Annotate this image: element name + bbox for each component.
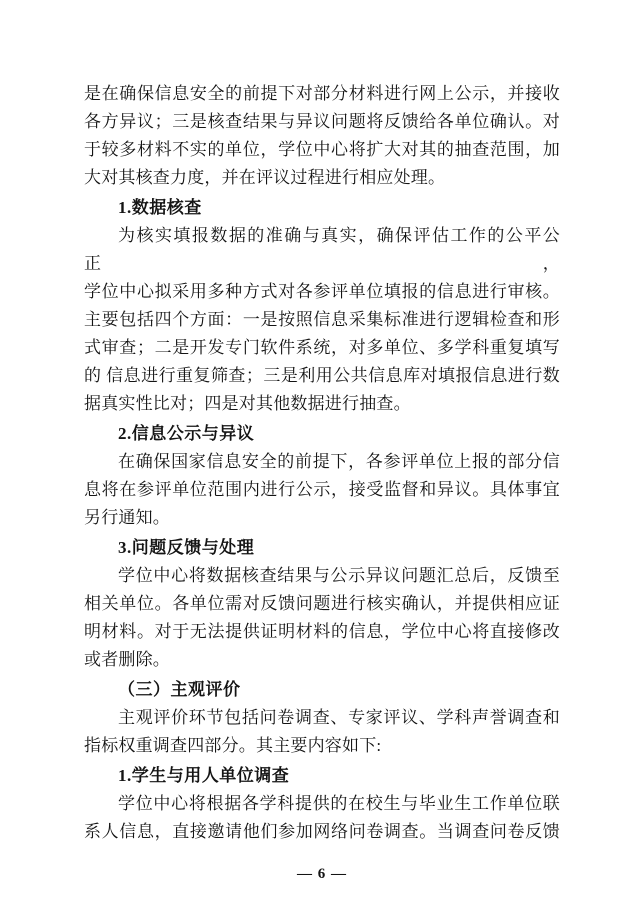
text-line: 主观评价环节包括问卷调查、专家评议、学科声誉调查和 <box>84 704 560 732</box>
section-heading: （三）主观评价 <box>84 676 560 704</box>
section-heading: 1.学生与用人单位调查 <box>84 762 560 790</box>
text-line: 学位中心将数据核查结果与公示异议问题汇总后，反馈至 <box>84 562 560 590</box>
text-line: 各方异议；三是核查结果与异议问题将反馈给各单位确认。对 <box>84 108 560 136</box>
text-line: 是在确保信息安全的前提下对部分材料进行网上公示，并接收 <box>84 80 560 108</box>
section-heading: 3.问题反馈与处理 <box>84 534 560 562</box>
text-block: 是在确保信息安全的前提下对部分材料进行网上公示，并接收各方异议；三是核查结果与异… <box>84 80 560 846</box>
page-number: — 6 — <box>297 864 347 884</box>
text-line: 指标权重调查四部分。其主要内容如下: <box>84 732 560 760</box>
text-line: 息将在参评单位范围内进行公示，接受监督和异议。具体事宜 <box>84 476 560 504</box>
text-line: 学位中心将根据各学科提供的在校生与毕业生工作单位联 <box>84 790 560 818</box>
text-line: 系人信息，直接邀请他们参加网络问卷调查。当调查问卷反馈 <box>84 818 560 846</box>
text-line: 据真实性比对；四是对其他数据进行抽查。 <box>84 390 560 418</box>
text-line: 学位中心拟采用多种方式对各参评单位填报的信息进行审核。 <box>84 278 560 306</box>
text-line: 或者删除。 <box>84 646 560 674</box>
section-heading: 2.信息公示与异议 <box>84 420 560 448</box>
text-line: 明材料。对于无法提供证明材料的信息，学位中心将直接修改 <box>84 618 560 646</box>
text-line: 相关单位。各单位需对反馈问题进行核实确认，并提供相应证 <box>84 590 560 618</box>
text-line: 的 信息进行重复筛查；三是利用公共信息库对填报信息进行数 <box>84 362 560 390</box>
text-line: 大对其核查力度，并在评议过程进行相应处理。 <box>84 164 560 192</box>
text-line: 式审查；二是开发专门软件系统，对多单位、多学科重复填写 <box>84 334 560 362</box>
text-line: 主要包括四个方面：一是按照信息采集标准进行逻辑检查和形 <box>84 306 560 334</box>
text-line: 为核实填报数据的准确与真实，确保评估工作的公平公正， <box>84 222 560 278</box>
text-line: 另行通知。 <box>84 504 560 532</box>
page-footer: — 6 — <box>84 864 560 884</box>
text-line: 于较多材料不实的单位，学位中心将扩大对其的抽查范围，加 <box>84 136 560 164</box>
text-line: 在确保国家信息安全的前提下，各参评单位上报的部分信 <box>84 448 560 476</box>
document-page: 是在确保信息安全的前提下对部分材料进行网上公示，并接收各方异议；三是核查结果与异… <box>0 0 640 905</box>
section-heading: 1.数据核查 <box>84 194 560 222</box>
